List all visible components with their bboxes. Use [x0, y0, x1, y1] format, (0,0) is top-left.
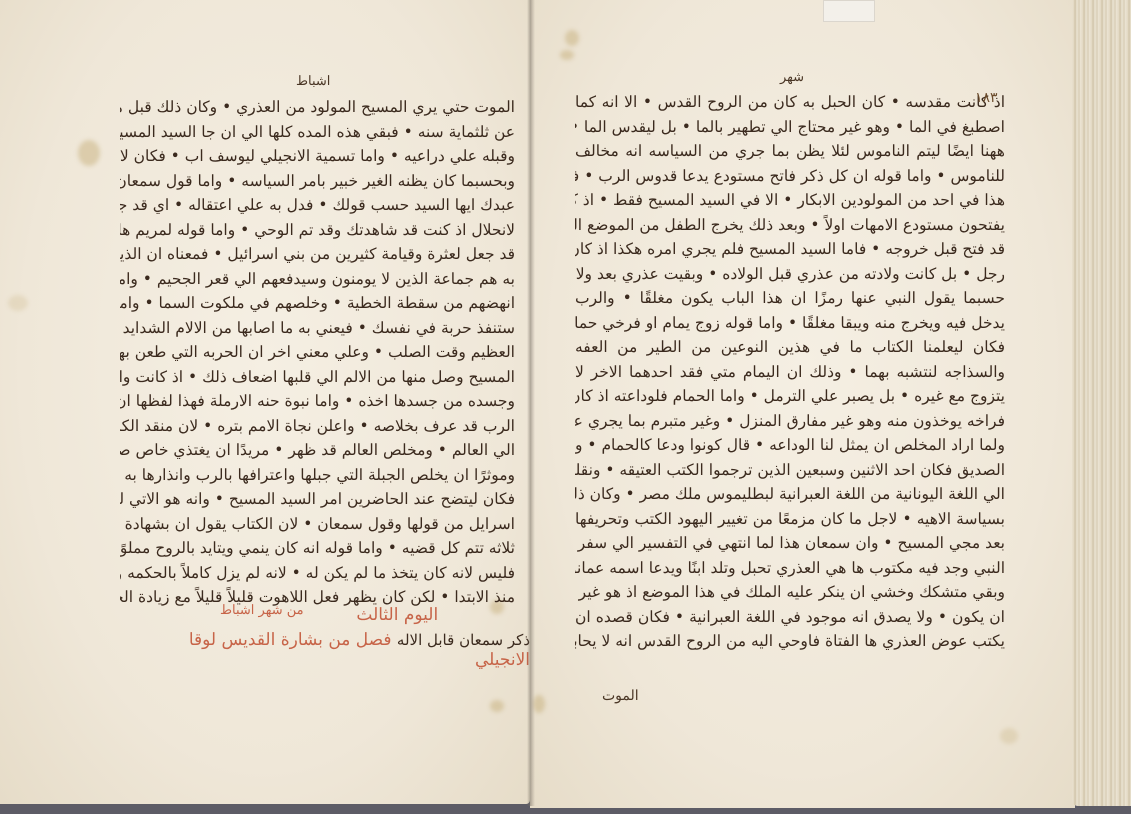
- text-line: اذ كانت مقدسه • كان الحبل به كان من الرو…: [575, 90, 1005, 115]
- text-line: الي العالم • ومخلص العالم قد ظهر • مريدً…: [120, 438, 515, 463]
- left-page: اشباط الموت حتي يري المسيح المولود من ال…: [0, 0, 530, 804]
- text-line: الرب قد عرف بخلاصه • واعلن نجاة الامم بت…: [120, 414, 515, 439]
- right-catchword-bottom: الموت: [602, 688, 639, 704]
- text-line: الموت حتي يري المسيح المولود من العذري •…: [120, 95, 515, 120]
- rubric-day-heading: اليوم الثالث من شهر اشباط: [220, 605, 438, 625]
- text-line: بسياسة الاهيه • لاجل ما كان مزمعًا من تغ…: [575, 507, 1005, 532]
- text-line: اصطبغ في الما • وهو غير محتاج الي تطهير …: [575, 115, 1005, 140]
- stain: [560, 50, 574, 60]
- fore-edge-pages: [1072, 0, 1131, 806]
- text-line: ههنا ايضًا ليتم الناموس لئلا يظن بما جري…: [575, 139, 1005, 164]
- text-line: قد فتح قبل خروجه • فاما السيد المسيح فلم…: [575, 237, 1005, 262]
- text-line: فليس لانه كان يتخذ ما لم يكن له • لانه ل…: [120, 561, 515, 586]
- text-line: وجسده من جسدها اخذه • واما نبوة حنه الار…: [120, 389, 515, 414]
- text-line: بعد مجي المسيح • وان سمعان هذا لما انتهي…: [575, 531, 1005, 556]
- text-line: النبي وجد فيه مكتوب ها هي العذري تحبل وت…: [575, 556, 1005, 581]
- text-line: هذا في احد من المولودين الابكار • الا في…: [575, 188, 1005, 213]
- text-line: فكان ليعلمنا الكتاب ما في هذين النوعين م…: [575, 335, 1005, 360]
- text-line: وموثرًا ان يخلص الجبلة التي جبلها واعترا…: [120, 463, 515, 488]
- text-line: الي اللغة اليونانية من اللغة العبرانية ل…: [575, 482, 1005, 507]
- text-line: يدخل فيه ويخرج منه ويبقا مغلقًا • واما ق…: [575, 311, 1005, 336]
- text-line: فراخه يوخذون منه وهو غير مفارق المنزل • …: [575, 409, 1005, 434]
- left-page-text: الموت حتي يري المسيح المولود من العذري •…: [120, 95, 515, 610]
- text-line: رجل • بل كانت ولادته من عذري قبل الولاده…: [575, 262, 1005, 287]
- right-page: شهر اذ كانت مقدسه • كان الحبل به كان من …: [530, 0, 1075, 808]
- text-line: به هم جماعة الذين لا يومنون وسيدفعهم الي…: [120, 267, 515, 292]
- text-line: فكان ليتضح عند الحاضرين امر السيد المسيح…: [120, 487, 515, 512]
- right-catchword-top: شهر: [780, 70, 804, 85]
- text-line: انهضهم من سقطة الخطية • وخلصهم في ملكوت …: [120, 291, 515, 316]
- text-line: وقبله علي دراعيه • واما تسمية الانجيلي ل…: [120, 144, 515, 169]
- text-line: يتزوج مع غيره • بل يصبر علي الترمل • وام…: [575, 384, 1005, 409]
- left-catchword-top: اشباط: [296, 74, 330, 89]
- text-line: وبحسبما كان يظنه الغير خبير بامر السياسه…: [120, 169, 515, 194]
- open-manuscript: اشباط الموت حتي يري المسيح المولود من ال…: [0, 0, 1131, 814]
- text-line: الصديق فكان احد الاثنين وسبعين الذين ترج…: [575, 458, 1005, 483]
- text-line: يكتب عوض العذري ها الفتاة فاوحي اليه من …: [575, 629, 1005, 654]
- stain: [8, 295, 28, 311]
- text-line: ستنفذ حربة في نفسك • فيعني به ما اصابها …: [120, 316, 515, 341]
- stain: [1000, 728, 1018, 744]
- text-line: ولما اراد المخلص ان يمثل لنا الوداعه • ق…: [575, 433, 1005, 458]
- paper-tab: [823, 0, 875, 22]
- folio-number: ١٨٣: [975, 90, 998, 106]
- text-line: لانحلال اذ كنت قد شاهدتك وقد تم الوحي • …: [120, 218, 515, 243]
- chapter-title-black: ذكر سمعان قابل الاله: [397, 631, 530, 649]
- stain: [78, 140, 100, 166]
- text-line: المسيح وصل منها من الالم الي قلبها اضعاف…: [120, 365, 515, 390]
- text-line: وبقي متشكك وخشي ان ينكر عليه الملك في هذ…: [575, 580, 1005, 605]
- right-page-text: اذ كانت مقدسه • كان الحبل به كان من الرو…: [575, 90, 1005, 654]
- text-line: يفتحون مستودع الامهات اولاً • وبعد ذلك ي…: [575, 213, 1005, 238]
- text-line: قد جعل لعثرة وقيامة كثيرين من بني اسرائي…: [120, 242, 515, 267]
- rubric-day: اليوم الثالث: [356, 605, 438, 625]
- text-line: ان يكون • ولا يصدق انه موجود في اللغة ال…: [575, 605, 1005, 630]
- book-gutter: [527, 0, 535, 806]
- rubric-chapter-heading: ذكر سمعان قابل الاله فصل من بشارة القديس…: [130, 630, 530, 670]
- text-line: العظيم وقت الصلب • وعلي معني اخر ان الحر…: [120, 340, 515, 365]
- text-line: حسبما يقول النبي عنها رمزًا ان هذا الباب…: [575, 286, 1005, 311]
- text-line: اسرايل من قولها وقول سمعان • لان الكتاب …: [120, 512, 515, 537]
- text-line: عبدك ايها السيد حسب قولك • فدل به علي اع…: [120, 193, 515, 218]
- text-line: للناموس • واما قوله ان كل ذكر فاتح مستود…: [575, 164, 1005, 189]
- text-line: عن ثلثماية سنه • فبقي هذه المده كلها الي…: [120, 120, 515, 145]
- stain: [490, 700, 504, 712]
- stain: [565, 30, 579, 46]
- text-line: والسذاجه لنتشبه بهما • وذلك ان اليمام مت…: [575, 360, 1005, 385]
- rubric-month: من شهر اشباط: [220, 603, 304, 618]
- text-line: ثلاثه تتم كل قضيه • واما قوله انه كان ين…: [120, 536, 515, 561]
